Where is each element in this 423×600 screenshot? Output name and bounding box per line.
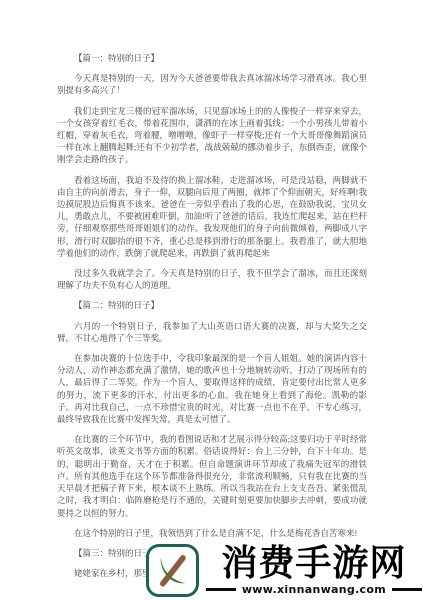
- watermark-site-name: 消费手游网: [221, 545, 406, 582]
- essay-paragraph: 在这个特别的日子里，我领悟到了什么是自满不足，什么是梅花香自苦寒来!: [57, 527, 367, 539]
- watermark-text-block: 消费手游网 www.xinnanwang.com: [206, 545, 422, 597]
- essay-text-column: 【篇一：特别的日子】 今天真是特别的一天，因为今天爸爸要带我去真冰溜冰场学习滑真…: [57, 52, 367, 588]
- essay-2-heading: 【篇二：特别的日子】: [57, 299, 367, 311]
- essay-paragraph: 我们走到宝龙三楼的冠军溜冰场，只见溜冰场上的的人像梭子一样穿来穿去，一个女孩穿着…: [57, 105, 367, 166]
- essay-1-heading: 【篇一：特别的日子】: [57, 52, 367, 64]
- stick-and-leaf-logo-icon: [146, 544, 199, 597]
- watermark-url-row: www.xinnanwang.com: [206, 583, 422, 596]
- essay-paragraph: 看着这场面，我迫不及待的换上溜冰鞋，走进溜冰场，可是没站稳，两脚就不由自主的向前…: [57, 174, 367, 259]
- site-watermark: 消费手游网 www.xinnanwang.com: [146, 544, 422, 597]
- essay-paragraph: 没过多久我就学会了。今天真是特别的日子，我不但学会了溜冰，而且还深刻理解了功夫不…: [57, 267, 367, 291]
- url-right-rule: [392, 588, 422, 591]
- essay-paragraph: 今天真是特别的一天，因为今天爸爸要带我去真冰溜冰场学习滑真冰。我心里别提有多高兴…: [57, 72, 367, 96]
- essay-paragraph: 六月的一个特别日子，我参加了大山英语口语大赛的决赛，却与大奖失之交臂，不甘心地得…: [57, 320, 367, 344]
- essay-paragraph: 在参加决赛的十位选手中，令我印象最深的是一个盲人姐姐。她的演讲内容十分动人，动作…: [57, 352, 367, 425]
- url-left-rule: [206, 588, 236, 591]
- watermark-site-url: www.xinnanwang.com: [242, 583, 386, 596]
- essay-paragraph: 在比赛的三个环节中，我的看图说话和才艺展示得分较高;这要归功于平时经常听英文故事…: [57, 433, 367, 518]
- document-page: 【篇一：特别的日子】 今天真是特别的一天，因为今天爸爸要带我去真冰溜冰场学习滑真…: [0, 0, 423, 600]
